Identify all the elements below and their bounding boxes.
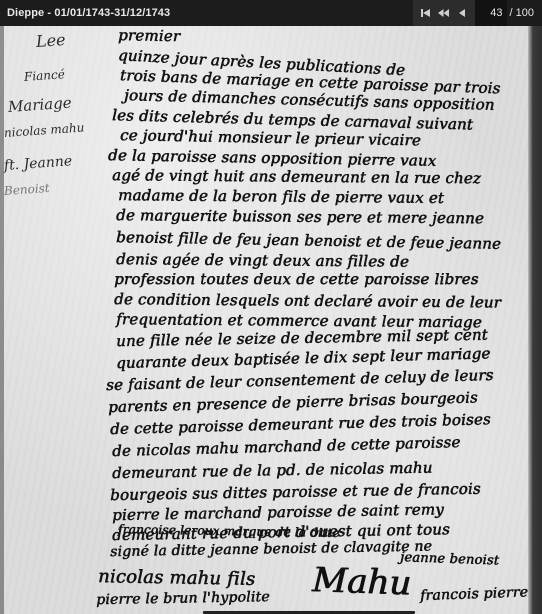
total-pages-label: / 100 — [507, 0, 542, 26]
previous-icon — [459, 9, 465, 17]
previous-page-button[interactable] — [453, 0, 471, 26]
nav-button-group — [413, 0, 475, 26]
manuscript-line: francois pierre — [420, 584, 529, 604]
manuscript-line: premier — [118, 26, 180, 45]
manuscript-line: de condition lesquels ont declaré avoir … — [114, 290, 501, 311]
skip-to-first-icon — [421, 9, 430, 17]
manuscript-line: benoist fille de feu jean benoist et de … — [116, 228, 501, 253]
current-page-input[interactable]: 43 — [475, 0, 507, 26]
app-header: Dieppe - 01/01/1743-31/12/1743 — [0, 0, 542, 26]
manuscript-line: pierre le brun l'hypolite — [96, 589, 270, 608]
manuscript-line: madame de la beron fils de pierre vaux e… — [118, 186, 444, 207]
manuscript-line: ce jourd'hui monsieur le prieur vicaire — [120, 126, 421, 149]
page-navigator: 43 / 100 — [413, 0, 542, 26]
manuscript-line: de nicolas mahu marchand de cette parois… — [112, 433, 461, 460]
manuscript-text: premier quinze jour après les publicatio… — [0, 26, 542, 614]
page-binding-edge — [528, 26, 542, 614]
fast-rewind-icon — [438, 9, 449, 17]
manuscript-line: agé de vingt huit ans demeurant en la ru… — [112, 166, 481, 187]
manuscript-line: nicolas mahu fils — [98, 566, 256, 590]
first-page-button[interactable] — [417, 0, 435, 26]
manuscript-line: demeurant rue de la pd. de nicolas mahu — [112, 458, 433, 482]
manuscript-line: de marguerite buisson ses pere et mere j… — [116, 206, 484, 227]
manuscript-line: profession toutes deux de cette paroisse… — [114, 270, 479, 288]
manuscript-line: jeanne benoist — [400, 550, 500, 568]
signature: Mahu — [311, 560, 411, 603]
manuscript-line: denis agée de vingt deux ans filles de — [116, 250, 409, 271]
document-title: Dieppe - 01/01/1743-31/12/1743 — [0, 7, 170, 19]
document-viewer[interactable]: Lee Fiancé Mariage nicolas mahu ft. Jean… — [0, 26, 542, 614]
rewind-button[interactable] — [435, 0, 453, 26]
